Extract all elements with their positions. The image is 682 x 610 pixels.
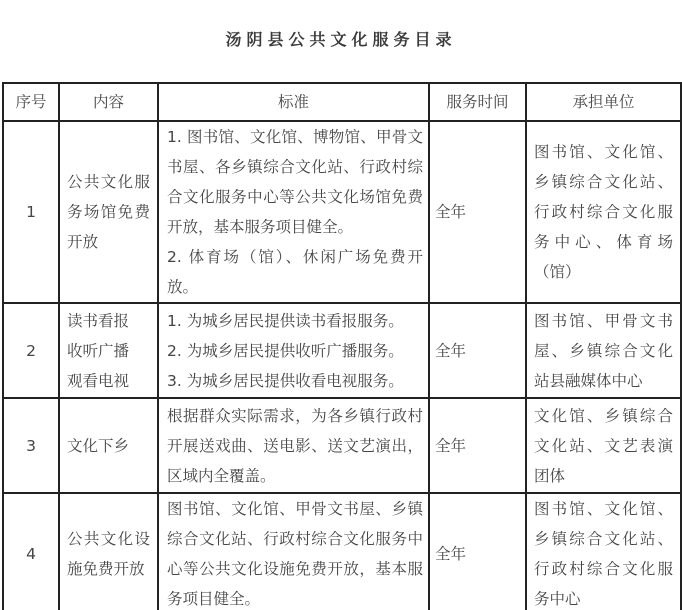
row-unit-cell: 图书馆、甲骨文书屋、乡镇综合文化站县融媒体中心 — [526, 303, 681, 398]
row-number-cell: 1 — [3, 121, 59, 303]
row-time-cell: 全年 — [429, 493, 526, 610]
row-number-cell: 3 — [3, 398, 59, 493]
row-time-cell: 全年 — [429, 398, 526, 493]
row-time-cell: 全年 — [429, 121, 526, 303]
row-unit-cell: 文化馆、乡镇综合文化站、文艺表演团体 — [526, 398, 681, 493]
table-row: 3 文化下乡 根据群众实际需求，为各乡镇行政村开展送戏曲、送电影、送文艺演出，区… — [3, 398, 681, 493]
row-content-cell: 读书看报 收听广播 观看电视 — [59, 303, 158, 398]
row-standard-cell: 图书馆、文化馆、甲骨文书屋、乡镇综合文化站、行政村综合文化服务中心等公共文化设施… — [158, 493, 429, 610]
row-unit-cell: 图书馆、文化馆、乡镇综合文化站、行政村综合文化服务中心、体育场（馆） — [526, 121, 681, 303]
row-time-cell: 全年 — [429, 303, 526, 398]
row-standard-cell: 根据群众实际需求，为各乡镇行政村开展送戏曲、送电影、送文艺演出，区域内全覆盖。 — [158, 398, 429, 493]
row-standard-cell: 1. 图书馆、文化馆、博物馆、甲骨文书屋、各乡镇综合文化站、行政村综合文化服务中… — [158, 121, 429, 303]
service-catalog-table: 序号 内容 标准 服务时间 承担单位 1 公共文化服务场馆免费开放 1. 图书馆… — [2, 82, 682, 610]
header-cell-unit: 承担单位 — [526, 83, 681, 121]
header-cell-standard: 标准 — [158, 83, 429, 121]
header-cell-time: 服务时间 — [429, 83, 526, 121]
header-cell-content: 内容 — [59, 83, 158, 121]
row-standard-cell: 1. 为城乡居民提供读书看报服务。 2. 为城乡居民提供收听广播服务。 3. 为… — [158, 303, 429, 398]
table-row: 4 公共文化设施免费开放 图书馆、文化馆、甲骨文书屋、乡镇综合文化站、行政村综合… — [3, 493, 681, 610]
table-row: 1 公共文化服务场馆免费开放 1. 图书馆、文化馆、博物馆、甲骨文书屋、各乡镇综… — [3, 121, 681, 303]
table-header-row: 序号 内容 标准 服务时间 承担单位 — [3, 83, 681, 121]
document-page: 汤阴县公共文化服务目录 序号 内容 标准 服务时间 承担单位 1 公共文化服务场… — [0, 0, 682, 610]
row-content-cell: 公共文化服务场馆免费开放 — [59, 121, 158, 303]
row-number-cell: 2 — [3, 303, 59, 398]
page-title: 汤阴县公共文化服务目录 — [0, 0, 682, 50]
row-content-cell: 公共文化设施免费开放 — [59, 493, 158, 610]
table-row: 2 读书看报 收听广播 观看电视 1. 为城乡居民提供读书看报服务。 2. 为城… — [3, 303, 681, 398]
row-unit-cell: 图书馆、文化馆、乡镇综合文化站、行政村综合文化服务中心 — [526, 493, 681, 610]
header-cell-number: 序号 — [3, 83, 59, 121]
row-content-cell: 文化下乡 — [59, 398, 158, 493]
row-number-cell: 4 — [3, 493, 59, 610]
